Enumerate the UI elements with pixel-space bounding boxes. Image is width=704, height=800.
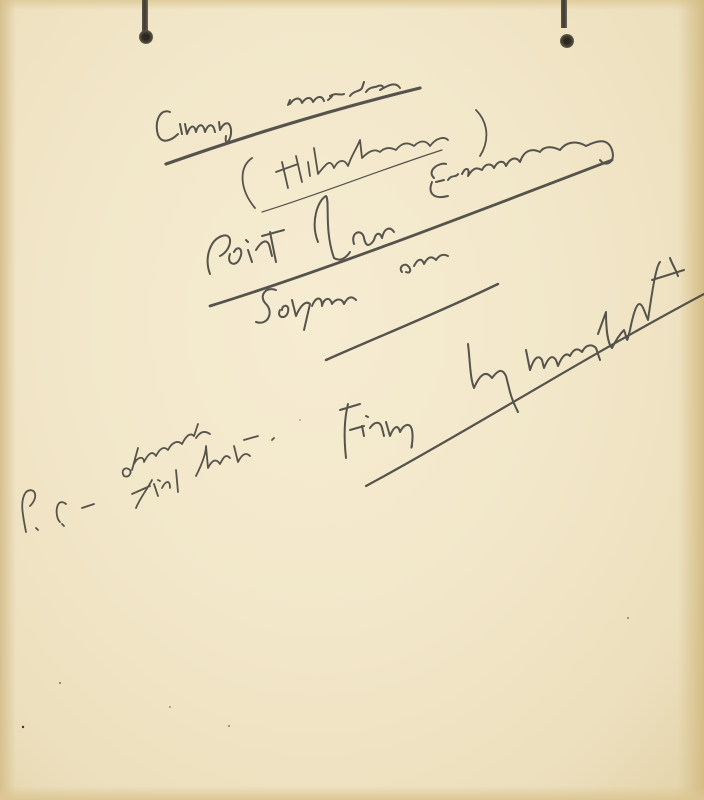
paper-specks <box>22 419 629 728</box>
note-line-4 <box>256 255 498 360</box>
pencil-handwriting <box>0 0 704 800</box>
note-margin <box>22 424 274 532</box>
paper-sheet: Cuming inside (Hilanderas) Point Law Eve… <box>0 0 704 800</box>
note-line-3 <box>208 141 613 306</box>
note-line-5 <box>340 258 704 486</box>
